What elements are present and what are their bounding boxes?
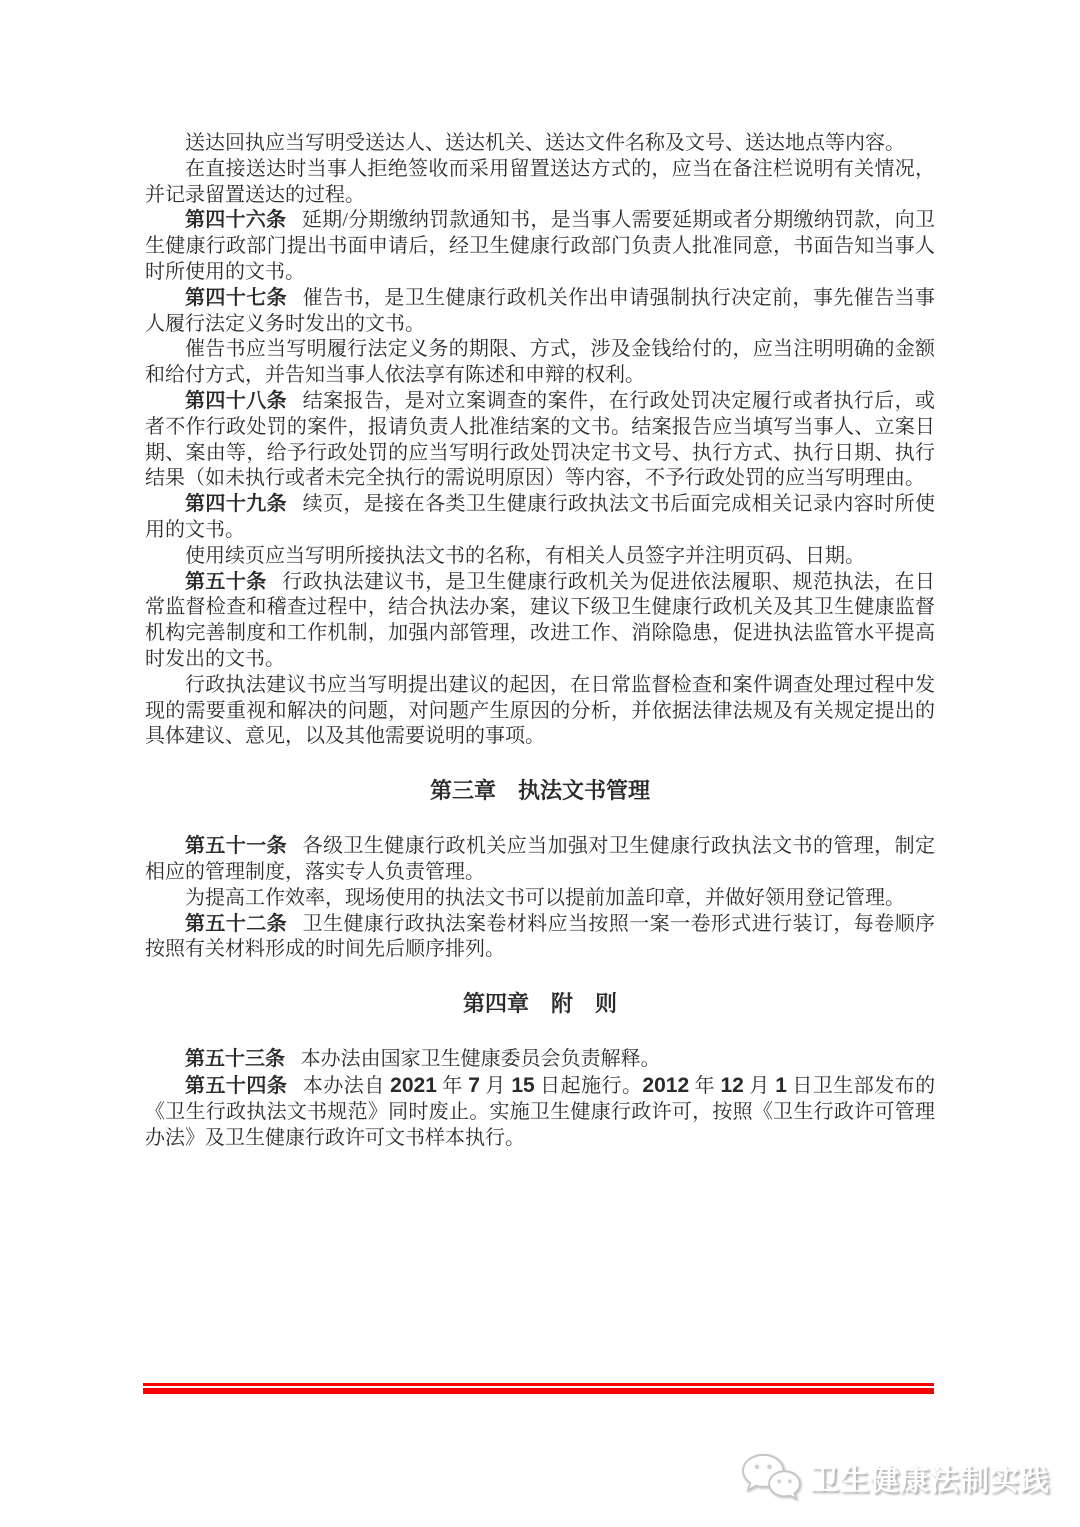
paragraph: 第四十八条结案报告，是对立案调查的案件，在行政处罚决定履行或者执行后，或者不作行… <box>145 389 935 492</box>
paragraph: 第四十七条催告书，是卫生健康行政机关作出申请强制执行决定前，事先催告当事人履行法… <box>145 286 935 338</box>
article-number: 第四十六条 <box>185 209 286 231</box>
red-separator-line <box>143 1383 934 1394</box>
paragraph: 第五十条行政执法建议书，是卫生健康行政机关为促进依法履职、规范执法，在日常监督检… <box>145 570 935 673</box>
article-number: 第五十四条 <box>185 1075 287 1097</box>
article-number: 第五十一条 <box>185 835 287 857</box>
paragraph: 第五十一条各级卫生健康行政机关应当加强对卫生健康行政执法文书的管理，制定相应的管… <box>145 834 935 886</box>
footer-watermark: 卫生健康法制实践 <box>740 1452 1050 1504</box>
numeral: 2012 <box>642 1074 689 1097</box>
numeral: 15 <box>511 1074 534 1097</box>
wechat-icon <box>740 1452 802 1504</box>
article-number: 第四十九条 <box>185 493 287 515</box>
paragraph: 催告书应当写明履行法定义务的期限、方式，涉及金钱给付的，应当注明明确的金额和给付… <box>145 337 935 389</box>
document-page: 送达回执应当写明受送达人、送达机关、送达文件名称及文号、送达地点等内容。在直接送… <box>0 0 1080 1527</box>
article-number: 第五十三条 <box>185 1048 285 1070</box>
article-number: 第四十七条 <box>185 287 287 309</box>
paragraph: 行政执法建议书应当写明提出建议的起因，在日常监督检查和案件调查处理过程中发现的需… <box>145 673 935 750</box>
article-number: 第四十八条 <box>185 390 287 412</box>
paragraph: 使用续页应当写明所接执法文书的名称，有相关人员签字并注明页码、日期。 <box>145 544 935 570</box>
paragraph: 在直接送达时当事人拒绝签收而采用留置送达方式的，应当在备注栏说明有关情况，并记录… <box>145 157 935 209</box>
paragraph: 第四十九条续页，是接在各类卫生健康行政执法文书后面完成相关记录内容时所使用的文书… <box>145 492 935 544</box>
numeral: 12 <box>721 1074 744 1097</box>
paragraph: 第五十二条卫生健康行政执法案卷材料应当按照一案一卷形式进行装订，每卷顺序按照有关… <box>145 912 935 964</box>
numeral: 7 <box>468 1074 480 1097</box>
numeral: 1 <box>775 1074 787 1097</box>
numeral: 2021 <box>390 1074 437 1097</box>
paragraph: 第四十六条延期/分期缴纳罚款通知书，是当事人需要延期或者分期缴纳罚款，向卫生健康… <box>145 208 935 285</box>
article-number: 第五十条 <box>185 571 267 593</box>
watermark-label: 卫生健康法制实践 <box>810 1458 1050 1499</box>
paragraph: 第五十三条本办法由国家卫生健康委员会负责解释。 <box>145 1047 935 1073</box>
article-number: 第五十二条 <box>185 913 287 935</box>
paragraph: 送达回执应当写明受送达人、送达机关、送达文件名称及文号、送达地点等内容。 <box>145 131 935 157</box>
chapter-heading: 第四章 附 则 <box>145 989 935 1019</box>
chapter-heading: 第三章 执法文书管理 <box>145 776 935 806</box>
paragraph: 第五十四条本办法自 2021 年 7 月 15 日起施行。2012 年 12 月… <box>145 1073 935 1151</box>
paragraph: 为提高工作效率，现场使用的执法文书可以提前加盖印章，并做好领用登记管理。 <box>145 886 935 912</box>
document-body: 送达回执应当写明受送达人、送达机关、送达文件名称及文号、送达地点等内容。在直接送… <box>145 131 935 1151</box>
